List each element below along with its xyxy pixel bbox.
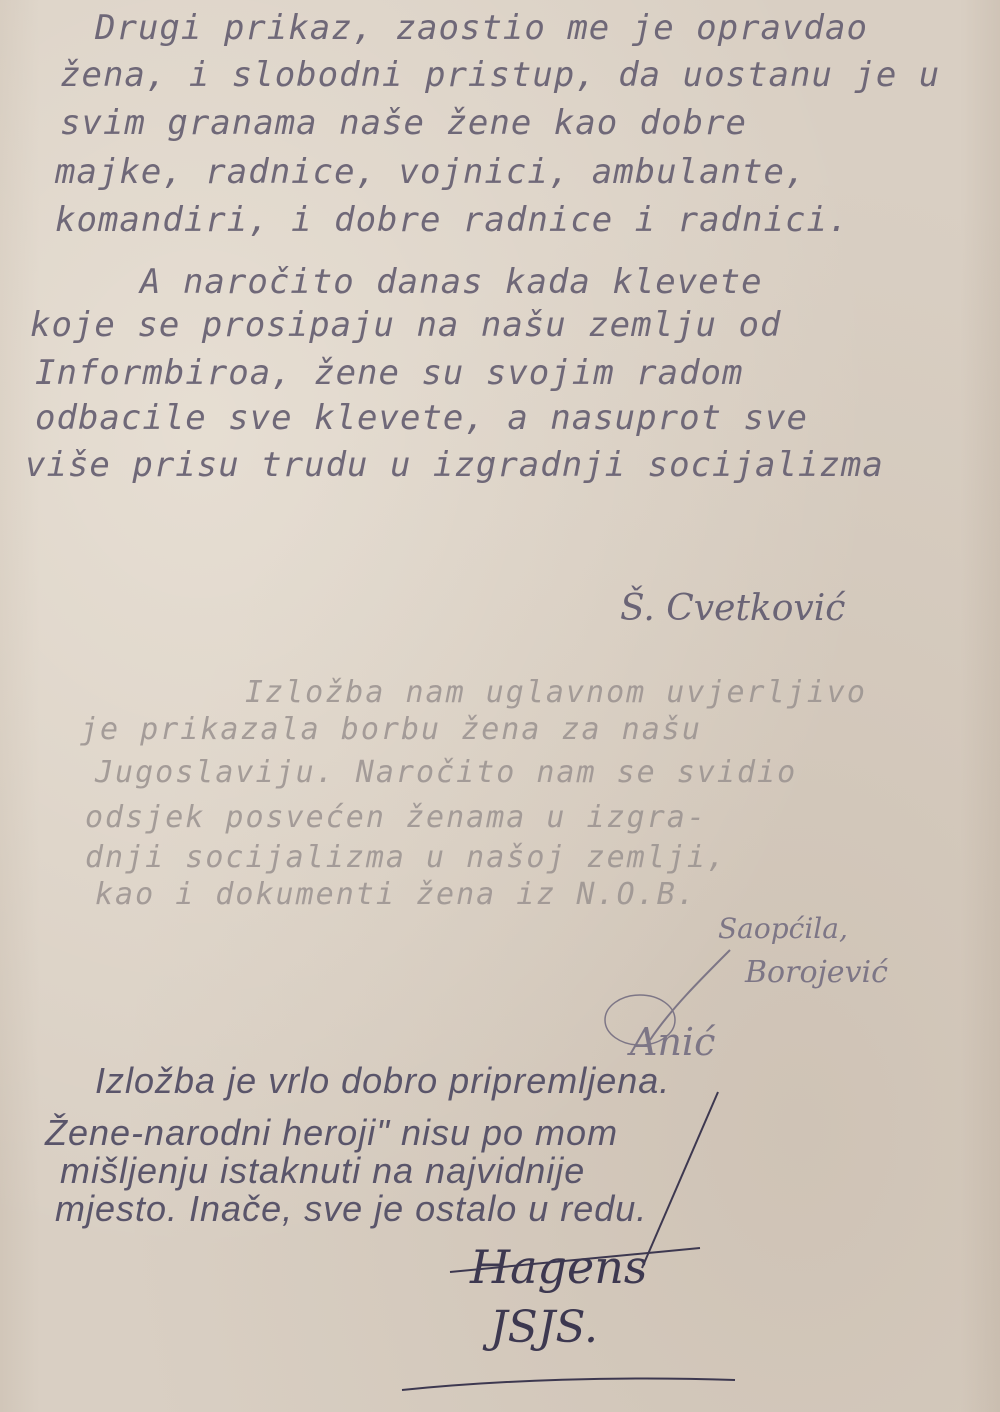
entry-1-line: koje se prosipaju na našu zemlju od: [30, 305, 781, 345]
signature-underline-icon: [400, 1372, 740, 1392]
entry-2-signature-name: Borojević: [745, 955, 888, 990]
entry-1-line: žena, i slobodni pristup, da uostanu je …: [60, 55, 940, 95]
entry-1-line: Informbiroa, žene su svojim radom: [35, 353, 744, 393]
entry-1-line: majke, radnice, vojnici, ambulante,: [55, 152, 806, 192]
entry-2-line: kao i dokumenti žena iz N.O.B.: [95, 877, 697, 912]
entry-3-signature-line2: JSJS.: [490, 1302, 598, 1353]
entry-2-line: Izložba nam uglavnom uvjerljivo: [245, 675, 867, 710]
entry-1-line: odbacile sve klevete, a nasuprot sve: [35, 398, 808, 438]
entry-1-line: više prisu trudu u izgradnji socijalizma: [25, 445, 884, 485]
pen-slash-stroke-icon: [640, 1090, 720, 1270]
entry-2-line: odsjek posvećen ženama u izgra-: [85, 800, 707, 835]
entry-2-line: Jugoslaviju. Naročito nam se svidio: [95, 755, 797, 790]
entry-3-line: mišljenju istaknuti na najvidnije: [60, 1150, 585, 1192]
entry-1-signature: Š. Cvetković: [620, 588, 845, 629]
entry-1-line: svim granama naše žene kao dobre: [60, 103, 747, 143]
document-page: Drugi prikaz, zaostio me je opravdao žen…: [0, 0, 1000, 1412]
entry-2-line: dnji socijalizma u našoj zemlji,: [85, 840, 727, 875]
entry-1-line: A naročito danas kada klevete: [140, 262, 763, 302]
entry-3-line: Izložba je vrlo dobro pripremljena.: [95, 1060, 670, 1102]
entry-2-line: je prikazala borbu žena za našu: [80, 712, 702, 747]
signature-flourish-icon: [600, 940, 740, 1050]
signature-strike-icon: [450, 1245, 750, 1295]
entry-3-line: Žene-narodni heroji" nisu po mom: [45, 1112, 618, 1154]
entry-3-line: mjesto. Inače, sve je ostalo u redu.: [55, 1188, 647, 1230]
entry-1-line: komandiri, i dobre radnice i radnici.: [55, 200, 849, 240]
entry-1-line: Drugi prikaz, zaostio me je opravdao: [95, 8, 868, 48]
